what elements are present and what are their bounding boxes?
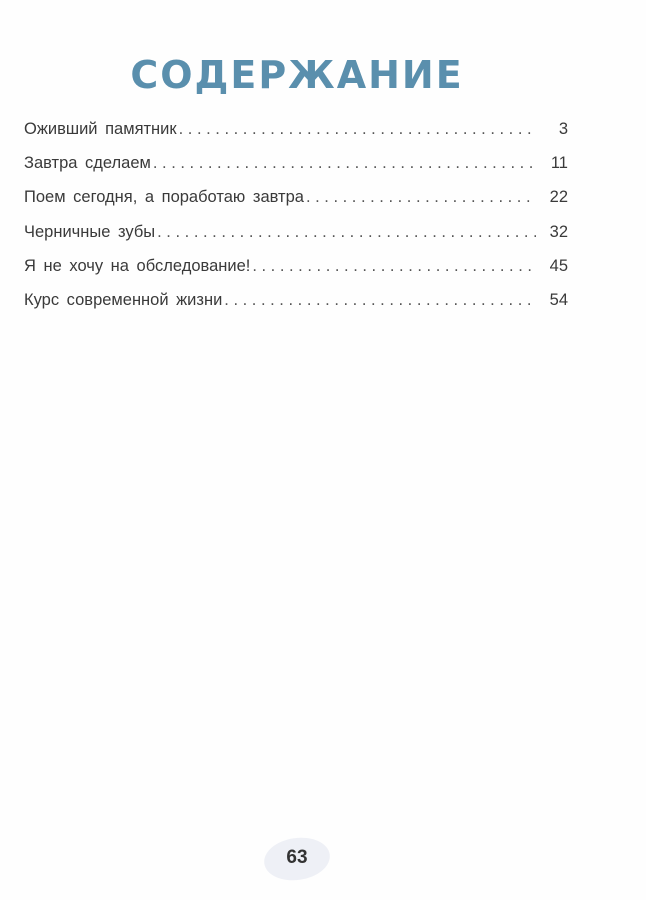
dot-leader [157,223,536,242]
table-of-contents: Оживший памятник 3 Завтра сделаем 11 Пое… [24,120,568,325]
page-title: СОДЕРЖАНИЕ [0,50,594,100]
toc-entry-page: 32 [546,223,568,242]
toc-entry-page: 3 [546,120,568,139]
toc-entry[interactable]: Завтра сделаем 11 [24,154,568,188]
toc-entry-page: 54 [546,291,568,310]
toc-entry-title: Черничные зубы [24,223,155,242]
toc-entry-title: Оживший памятник [24,120,177,139]
dot-leader [306,188,536,207]
dot-leader [179,120,536,139]
toc-entry[interactable]: Поем сегодня, а поработаю завтра 22 [24,188,568,222]
dot-leader [224,291,536,310]
toc-entry-page: 22 [546,188,568,207]
toc-entry-title: Я не хочу на обследование! [24,257,250,276]
toc-entry[interactable]: Я не хочу на обследование! 45 [24,257,568,291]
toc-entry-title: Курс современной жизни [24,291,222,310]
toc-entry-title: Завтра сделаем [24,154,151,173]
toc-entry[interactable]: Черничные зубы 32 [24,223,568,257]
page-number: 63 [264,847,330,869]
dot-leader [153,154,536,173]
toc-entry[interactable]: Курс современной жизни 54 [24,291,568,325]
toc-entry-page: 11 [546,154,568,173]
toc-entry-page: 45 [546,257,568,276]
toc-entry-title: Поем сегодня, а поработаю завтра [24,188,304,207]
dot-leader [252,257,536,276]
toc-entry[interactable]: Оживший памятник 3 [24,120,568,154]
